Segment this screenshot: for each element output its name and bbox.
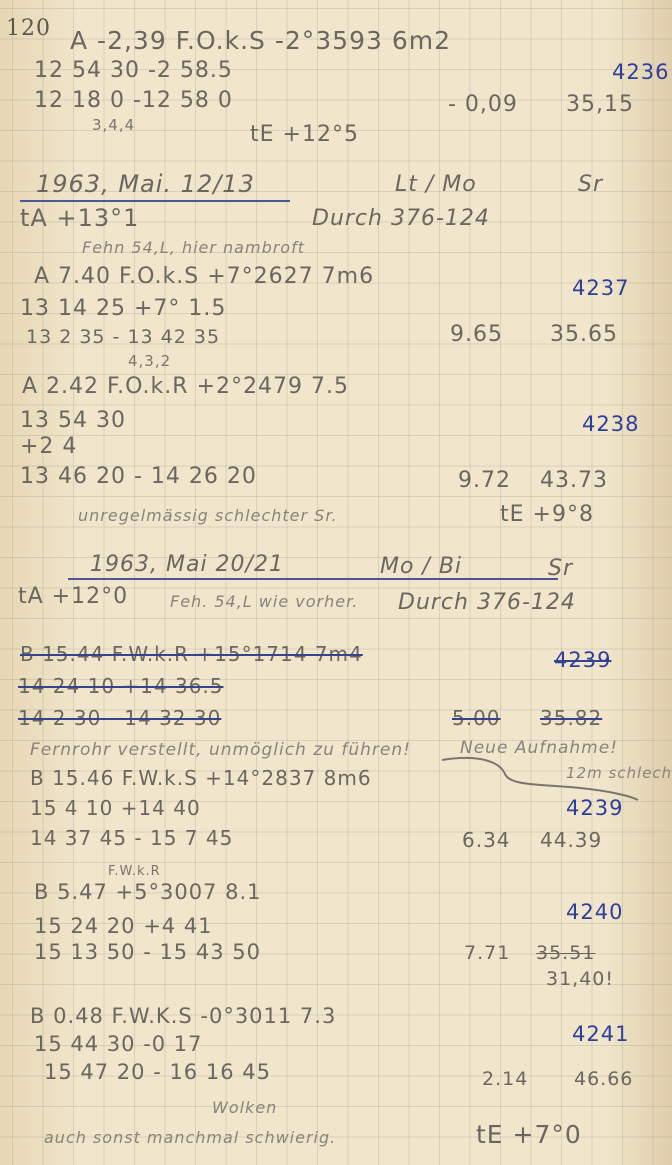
entry-value: - 0,09 xyxy=(448,92,518,117)
struck-entry-line: 14 2 30 - 14 32 30 xyxy=(18,706,221,730)
entry-value: 35.51 xyxy=(536,942,595,964)
entry-remark: auch sonst manchmal schwierig. xyxy=(44,1128,336,1147)
instrument: Durch 376-124 xyxy=(312,206,490,231)
date-header: 1963, Mai 20/21 xyxy=(90,552,284,577)
page-number: 120 xyxy=(6,16,51,41)
entry-remark: Fernrohr verstellt, unmöglich zu führen! xyxy=(30,740,411,760)
entry-line: 15 13 50 - 15 43 50 xyxy=(34,940,261,964)
entry-temp: tE +7°0 xyxy=(476,1120,582,1149)
entry-line: +2 4 xyxy=(20,434,77,459)
plate-number: 4237 xyxy=(572,276,629,300)
entry-remark: unregelmässig schlechter Sr. xyxy=(78,506,338,525)
mark: Sr xyxy=(578,172,603,197)
instrument: Durch 376-124 xyxy=(398,590,576,615)
notebook-page: 120 A -2,39 F.O.k.S -2°3593 6m2 12 54 30… xyxy=(0,0,672,1165)
entry-line: 13 2 35 - 13 42 35 xyxy=(26,326,220,348)
entry-value: 6.34 xyxy=(462,828,511,852)
entry-line: 13 14 25 +7° 1.5 xyxy=(20,296,226,321)
struck-plate-number: 4239 xyxy=(554,648,611,672)
entry-line: 15 47 20 - 16 16 45 xyxy=(44,1060,271,1084)
struck-entry-line: B 15.44 F.W.k.R +15°1714 7m4 xyxy=(20,642,363,666)
entry-line: 12 54 30 -2 58.5 xyxy=(34,58,233,83)
struck-entry-line: 14 24 10 +14 36.5 xyxy=(18,674,224,698)
entry-note-right: 12m schlecht! xyxy=(566,764,672,782)
entry-value: 43.73 xyxy=(540,468,608,493)
entry-line: 13 54 30 xyxy=(20,408,126,433)
struck-value: 5.00 xyxy=(452,706,501,730)
entry-value: 9.72 xyxy=(458,468,511,493)
plate-number: 4241 xyxy=(572,1022,629,1046)
entry-note: F.W.k.R xyxy=(108,864,161,879)
entry-line: A 2.42 F.O.k.R +2°2479 7.5 xyxy=(22,374,349,399)
entry-temp: tE +9°8 xyxy=(500,502,594,527)
entry-line: A 7.40 F.O.k.S +7°2627 7m6 xyxy=(34,264,374,289)
entry-value: 35,15 xyxy=(566,92,634,117)
entry-value: 9.65 xyxy=(450,322,503,347)
date-header: 1963, Mai. 12/13 xyxy=(36,170,255,198)
entry-value: 46.66 xyxy=(574,1068,633,1090)
entry-value-correction: 31,40! xyxy=(546,968,614,990)
entry-value: 2.14 xyxy=(482,1068,528,1090)
header-underline xyxy=(20,200,290,202)
entry-note: Wolken xyxy=(212,1098,277,1117)
observer: Mo / Bi xyxy=(380,554,462,579)
entry-temp: tE +12°5 xyxy=(250,122,359,147)
entry-remark: Feh. 54,L wie vorher. xyxy=(170,592,358,611)
observer: Lt / Mo xyxy=(395,172,477,197)
plate-number: 4236 xyxy=(612,60,669,84)
entry-line: 15 4 10 +14 40 xyxy=(30,796,201,820)
plate-number: 4240 xyxy=(566,900,623,924)
entry-value: 44.39 xyxy=(540,828,602,852)
struck-value: 35.82 xyxy=(540,706,602,730)
entry-line: 15 24 20 +4 41 xyxy=(34,914,213,938)
entry-line: 13 46 20 - 14 26 20 xyxy=(20,464,257,489)
entry-line: 15 44 30 -0 17 xyxy=(34,1032,203,1056)
entry-value: 35.65 xyxy=(550,322,618,347)
entry-value: 7.71 xyxy=(464,942,510,964)
entry-note: 3,4,4 xyxy=(92,116,135,134)
header-underline xyxy=(68,578,558,580)
plate-number: 4238 xyxy=(582,412,639,436)
entry-line: 14 37 45 - 15 7 45 xyxy=(30,826,233,850)
entry-temp: tA +12°0 xyxy=(18,584,128,609)
entry-remark: Fehn 54,L, hier nambroft xyxy=(82,238,305,257)
entry-line: B 15.46 F.W.k.S +14°2837 8m6 xyxy=(30,766,372,790)
entry-line: B 0.48 F.W.K.S -0°3011 7.3 xyxy=(30,1004,336,1028)
entry-note: 4,3,2 xyxy=(128,352,171,370)
entry-remark-right: Neue Aufnahme! xyxy=(460,738,618,758)
entry-temp: tA +13°1 xyxy=(20,204,139,232)
entry-line: B 5.47 +5°3007 8.1 xyxy=(34,880,262,904)
entry-line: 12 18 0 -12 58 0 xyxy=(34,88,233,113)
plate-number: 4239 xyxy=(566,796,623,820)
entry-line: A -2,39 F.O.k.S -2°3593 6m2 xyxy=(70,26,451,55)
